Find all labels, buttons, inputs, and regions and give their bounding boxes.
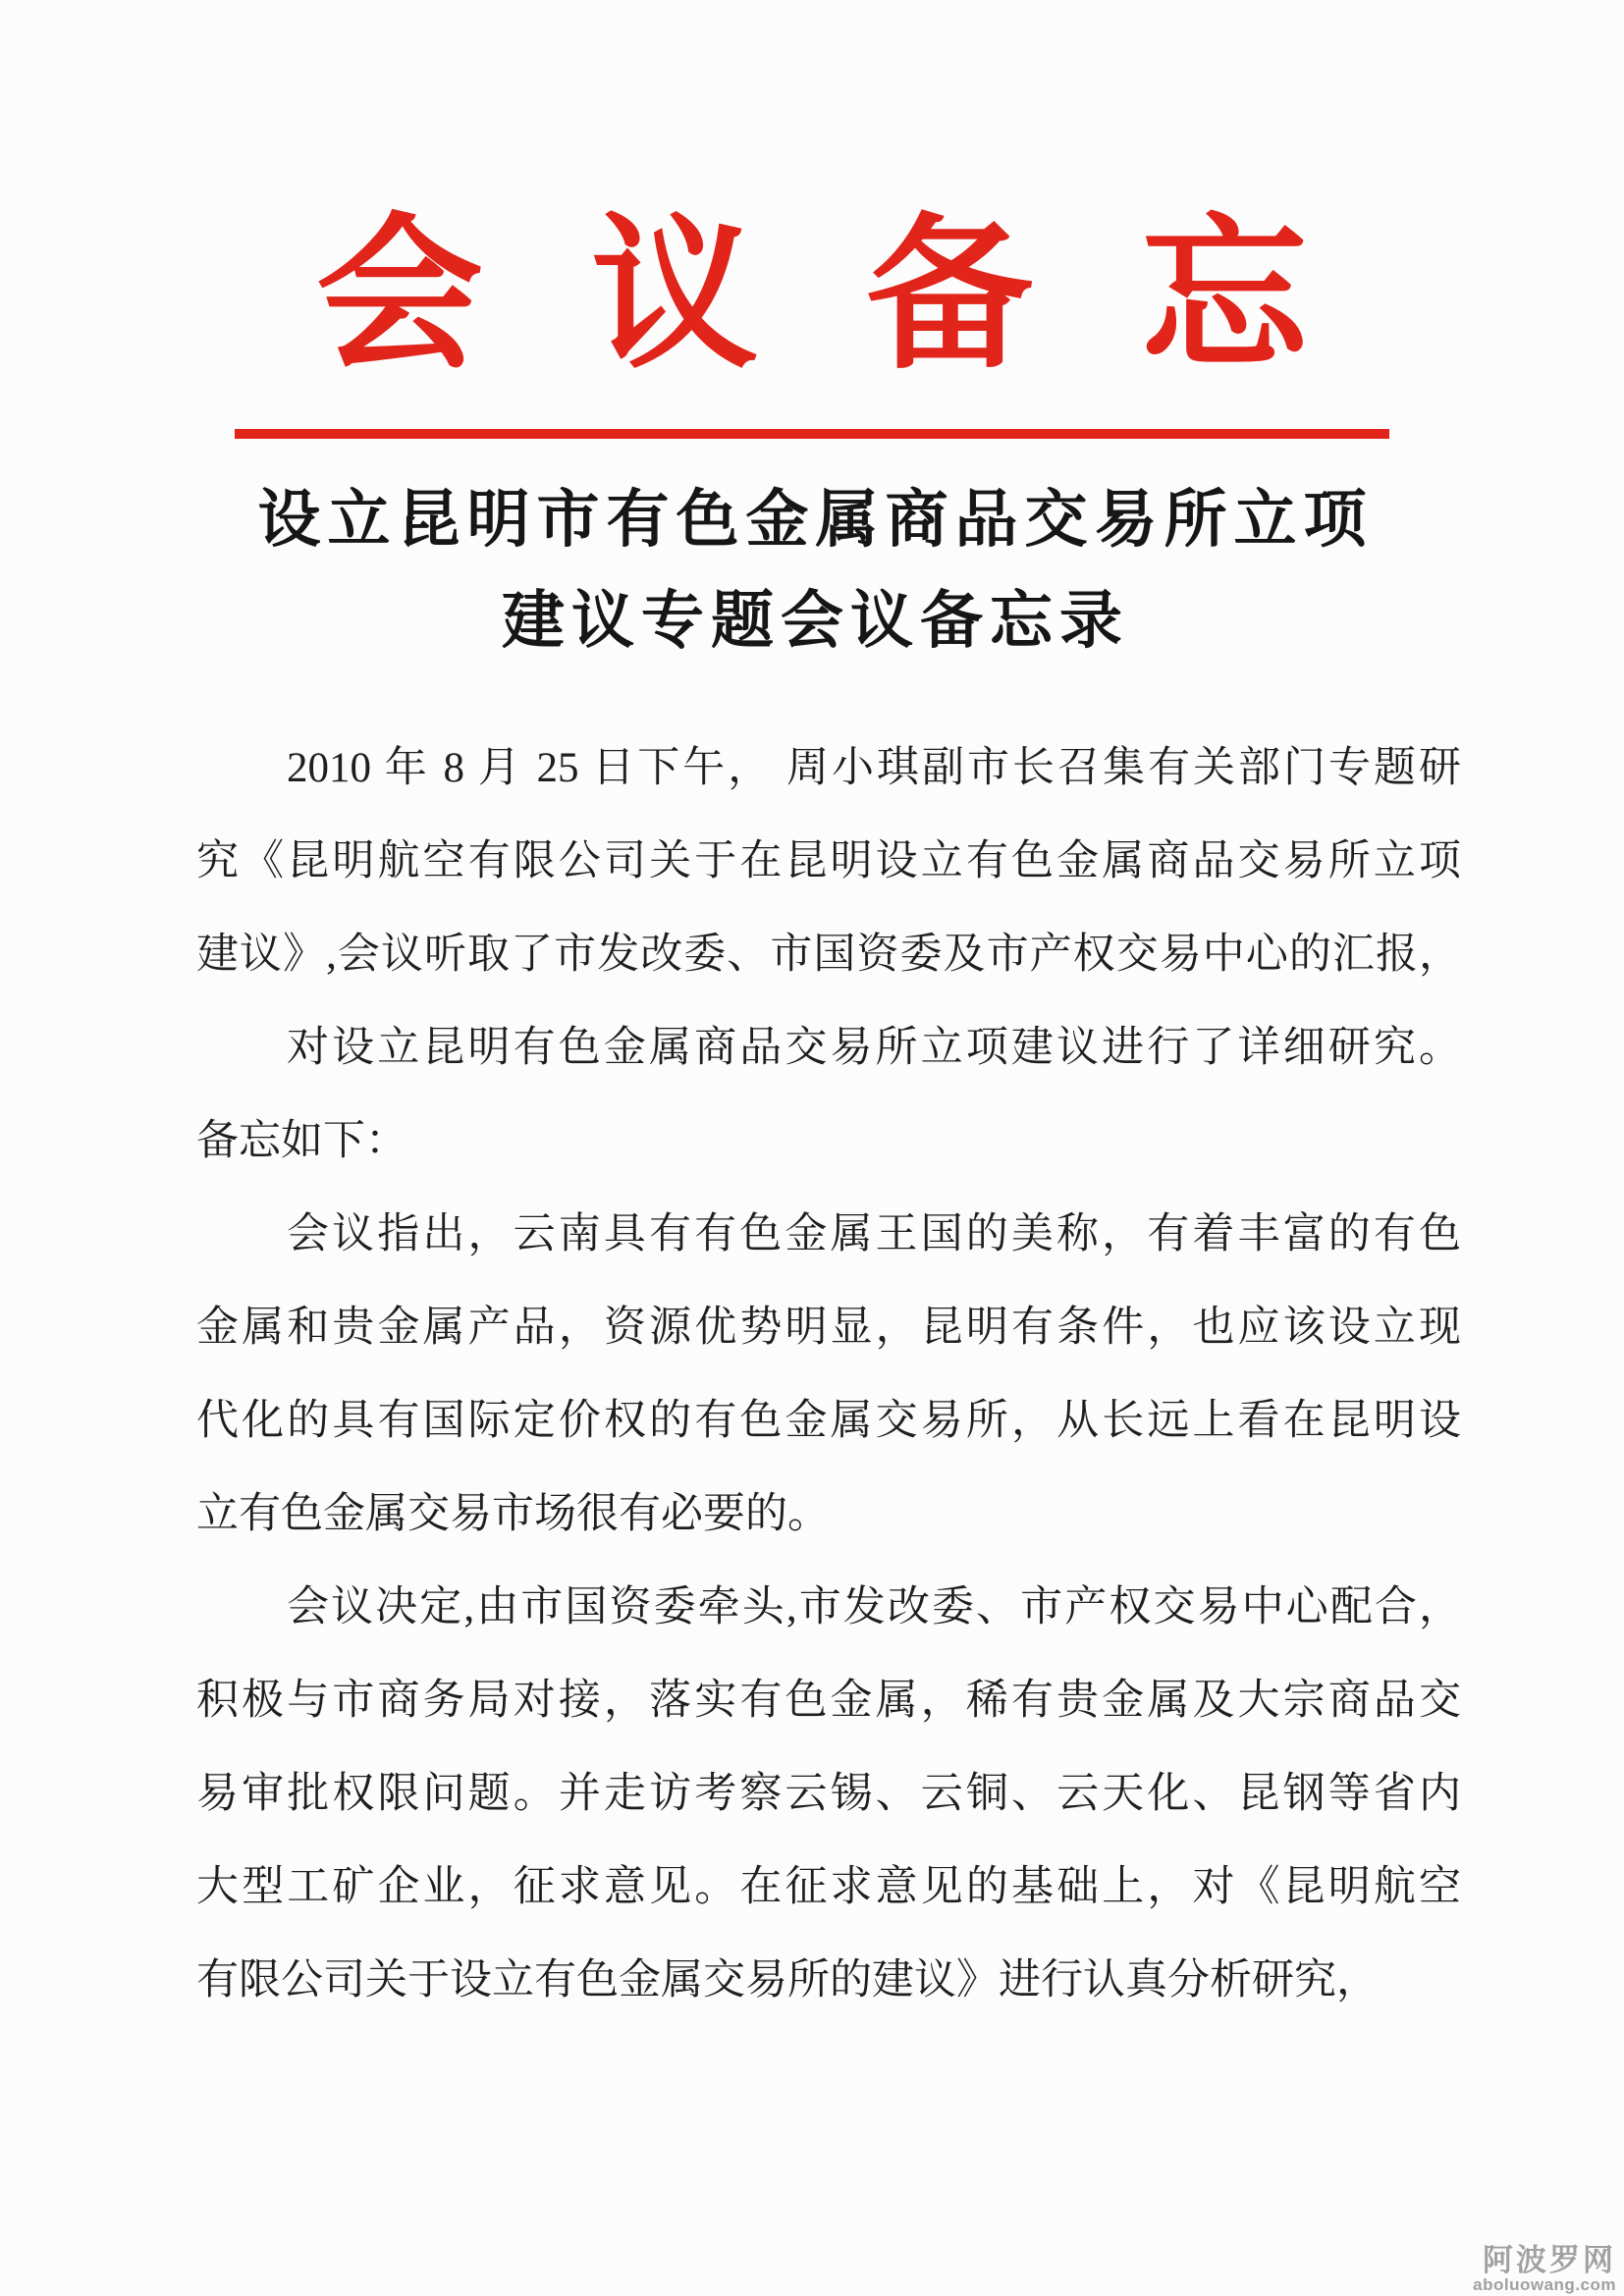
- title-underline-rule: [235, 429, 1389, 439]
- body-line: 大型工矿企业，征求意见。在征求意见的基础上，对《昆明航空: [196, 1841, 1461, 1934]
- body-line: 会议指出，云南具有有色金属王国的美称，有着丰富的有色: [196, 1188, 1461, 1281]
- subtitle-line-1: 设立昆明市有色金属商品交易所立项: [0, 469, 1624, 570]
- body-line: 立有色金属交易市场很有必要的。: [196, 1468, 1461, 1561]
- memo-page: 会议备忘 设立昆明市有色金属商品交易所立项 建议专题会议备忘录 2010 年 8…: [0, 0, 1624, 2296]
- memo-title: 会议备忘: [0, 208, 1624, 385]
- body-line: 对设立昆明有色金属商品交易所立项建议进行了详细研究。: [196, 1001, 1461, 1095]
- body-line: 究《昆明航空有限公司关于在昆明设立有色金属商品交易所立项: [196, 815, 1461, 908]
- memo-body: 2010 年 8 月 25 日下午， 周小琪副市长召集有关部门专题研 究《昆明航…: [196, 721, 1461, 2027]
- body-line: 积极与市商务局对接，落实有色金属，稀有贵金属及大宗商品交: [196, 1654, 1461, 1747]
- watermark-site-domain: aboluowang.com: [1473, 2276, 1616, 2294]
- memo-subtitle: 设立昆明市有色金属商品交易所立项 建议专题会议备忘录: [0, 469, 1624, 671]
- watermark-site-name: 阿波罗网: [1473, 2245, 1616, 2277]
- subtitle-line-2: 建议专题会议备忘录: [0, 570, 1624, 671]
- body-line: 易审批权限问题。并走访考察云锡、云铜、云天化、昆钢等省内: [196, 1747, 1461, 1841]
- watermark: 阿波罗网 aboluowang.com: [1473, 2245, 1616, 2294]
- body-line: 2010 年 8 月 25 日下午， 周小琪副市长召集有关部门专题研: [196, 721, 1461, 815]
- body-line: 会议决定,由市国资委牵头,市发改委、市产权交易中心配合，: [196, 1561, 1461, 1654]
- body-line: 金属和贵金属产品，资源优势明显，昆明有条件，也应该设立现: [196, 1281, 1461, 1374]
- body-line: 有限公司关于设立有色金属交易所的建议》进行认真分析研究，: [196, 1934, 1461, 2027]
- body-line: 备忘如下：: [196, 1095, 1461, 1188]
- body-line: 代化的具有国际定价权的有色金属交易所，从长远上看在昆明设: [196, 1374, 1461, 1468]
- body-line: 建议》,会议听取了市发改委、市国资委及市产权交易中心的汇报，: [196, 908, 1461, 1001]
